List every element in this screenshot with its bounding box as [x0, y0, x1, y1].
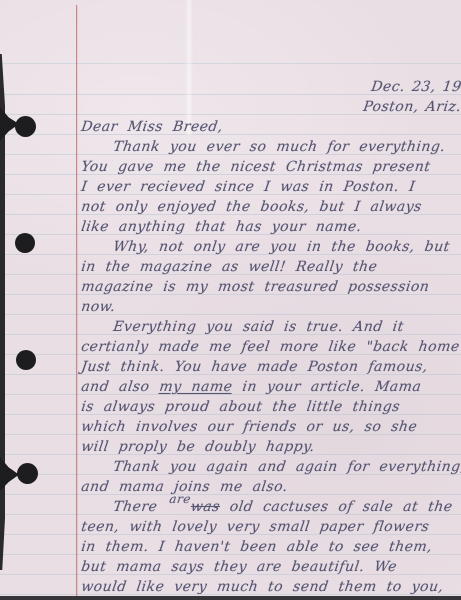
- letter-line: which involves our friends or us, so she: [80, 418, 419, 436]
- letter-segment: will proply be doubly happy.: [80, 439, 316, 455]
- letter-segment: in them. I haven't been able to see them…: [80, 539, 433, 555]
- letter-line: will proply be doubly happy.: [80, 438, 316, 456]
- letter-place: Poston, Ariz.: [362, 98, 461, 116]
- letter-line: now.: [80, 298, 117, 316]
- letter-line: Thank you ever so much for everything.: [112, 138, 447, 156]
- letter-line: but mama says they are beautiful. We: [80, 558, 398, 576]
- letter-line: There arewas old cactuses of sale at the…: [112, 498, 461, 516]
- letter-line: I ever recieved since I was in Poston. I: [80, 178, 416, 196]
- letter-segment: Why, not only are you in the books, but: [112, 239, 451, 255]
- letter-segment: now.: [80, 299, 116, 315]
- letter-segment: in your article. Mama: [231, 379, 422, 395]
- letter-segment-strike: was: [190, 499, 221, 515]
- letter-line: teen, with lovely very small paper flowe…: [80, 518, 431, 536]
- letter-segment: like anything that has your name.: [80, 219, 363, 235]
- letter-segment: Everything you said is true. And it: [112, 319, 405, 335]
- scan-edge-bottom: [0, 596, 461, 600]
- letter-segment-underline: my name: [158, 379, 233, 395]
- letter-line: Thank you again and again for everything…: [112, 458, 461, 476]
- punch-hole-2: [15, 233, 35, 253]
- letter-segment: not only enjoyed the books, but I always: [80, 199, 423, 215]
- letter-line: Why, not only are you in the books, but: [112, 238, 451, 256]
- letter-line: is always proud about the little things: [80, 398, 401, 416]
- letter-line: not only enjoyed the books, but I always: [80, 198, 423, 216]
- letter-line: You gave me the nicest Christmas present: [80, 158, 432, 176]
- punch-hole-3: [16, 350, 36, 370]
- letter-segment: There: [112, 499, 168, 515]
- letter-segment: I ever recieved since I was in Poston. I: [80, 179, 416, 195]
- letter-line: Just think. You have made Poston famous,: [80, 358, 429, 376]
- letter-text: Dec. 23, 1943 Poston, Ariz. Dear Miss Br…: [0, 0, 461, 600]
- letter-line: like anything that has your name.: [80, 218, 363, 236]
- letter-segment: Just think. You have made Poston famous,: [80, 359, 429, 375]
- letter-segment: old cactuses of sale at the can-: [219, 499, 461, 515]
- letter-segment: certianly made me feel more like "back h…: [80, 339, 461, 355]
- letter-segment: and also: [80, 379, 160, 395]
- letter-date: Dec. 23, 1943: [370, 78, 461, 96]
- punch-hole-1: [15, 116, 36, 137]
- letter-segment: Thank you again and again for everything…: [112, 459, 461, 475]
- letter-page: Dec. 23, 1943 Poston, Ariz. Dear Miss Br…: [0, 0, 461, 600]
- letter-segment: but mama says they are beautiful. We: [80, 559, 398, 575]
- letter-segment: magazine is my most treasured possession: [80, 279, 430, 295]
- letter-segment: teen, with lovely very small paper flowe…: [80, 519, 430, 535]
- letter-line: in the magazine as well! Really the: [80, 258, 379, 276]
- letter-line: in them. I haven't been able to see them…: [80, 538, 433, 556]
- letter-line: would like very much to send them to you…: [80, 578, 445, 596]
- letter-segment: Thank you ever so much for everything.: [112, 139, 446, 155]
- letter-line: magazine is my most treasured possession: [80, 278, 431, 296]
- letter-line: Everything you said is true. And it: [112, 318, 405, 336]
- letter-segment: in the magazine as well! Really the: [80, 259, 378, 275]
- letter-line: certianly made me feel more like "back h…: [80, 338, 461, 356]
- letter-segment: would like very much to send them to you…: [80, 579, 444, 595]
- letter-segment-insert-above: are: [168, 490, 192, 508]
- letter-segment: which involves our friends or us, so she: [80, 419, 418, 435]
- letter-segment: You gave me the nicest Christmas present: [80, 159, 431, 175]
- letter-salutation: Dear Miss Breed,: [80, 118, 224, 136]
- letter-segment: is always proud about the little things: [80, 399, 401, 415]
- letter-line: and also my name in your article. Mama: [80, 378, 423, 396]
- punch-hole-4: [17, 463, 38, 484]
